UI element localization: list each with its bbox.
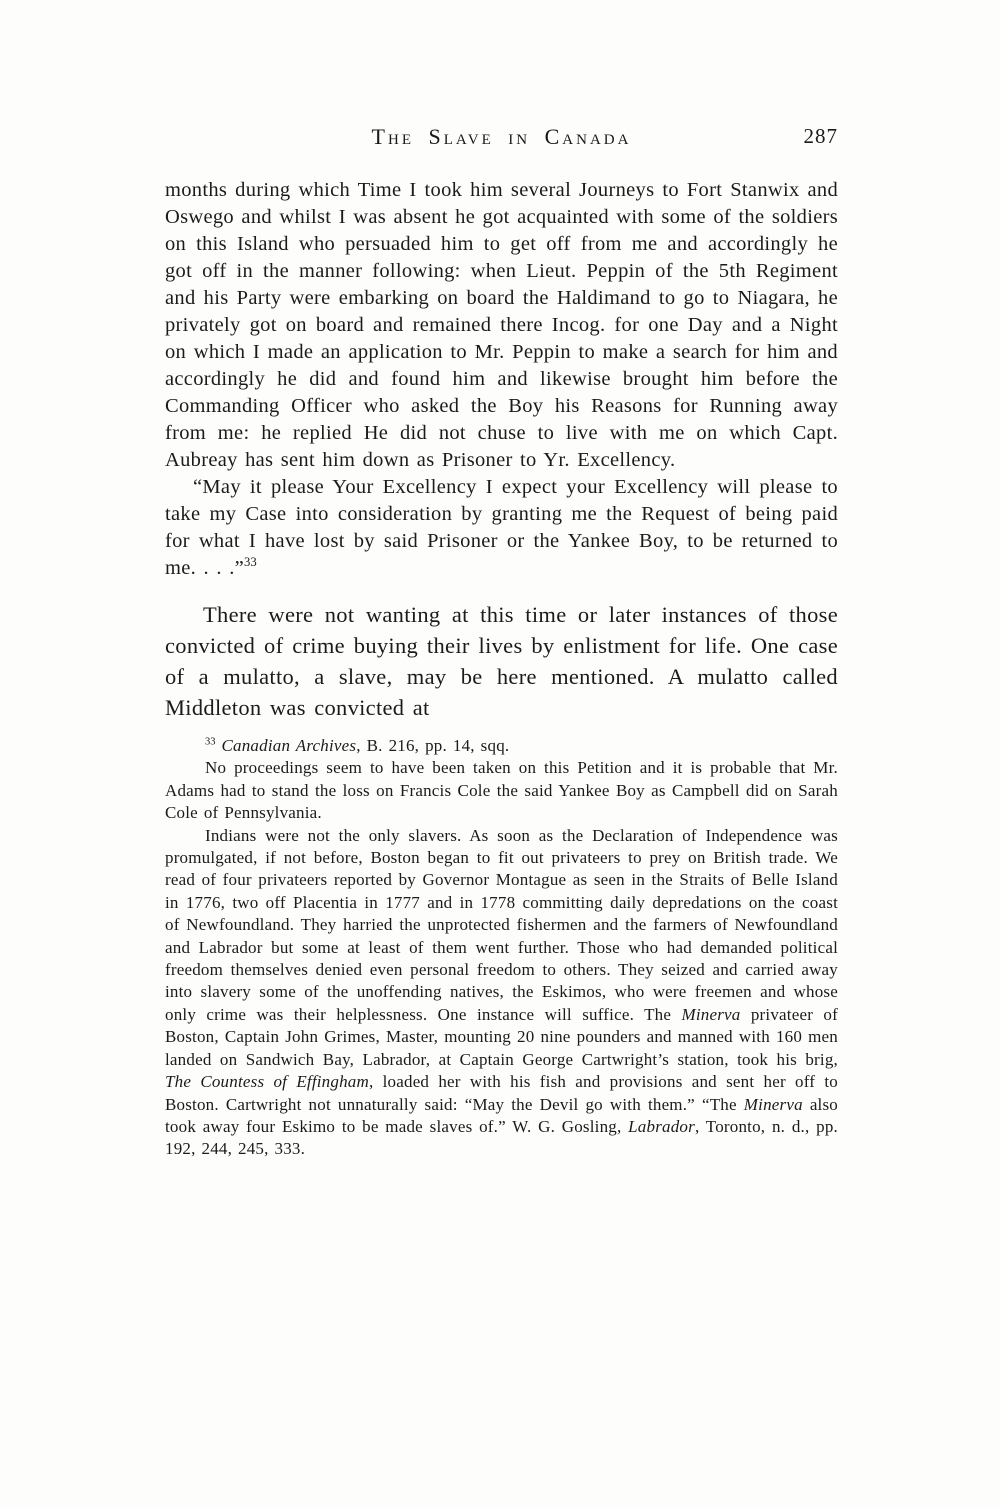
quoted-petition-block: months during which Time I took him seve…	[165, 177, 838, 582]
main-text-block: There were not wanting at this time or l…	[165, 599, 838, 723]
text-segment: Minerva	[744, 1095, 803, 1114]
footnotes-block: 33 Canadian Archives, B. 216, pp. 14, sq…	[165, 735, 838, 1161]
paragraph: “May it please Your Excellency I expect …	[165, 474, 838, 582]
page-header: The Slave in Canada 287	[165, 124, 838, 150]
text-segment: There were not wanting at this time or l…	[165, 602, 838, 720]
text-segment: 33	[205, 736, 216, 747]
running-title: The Slave in Canada	[165, 124, 838, 150]
text-segment: “May it please Your Excellency I expect …	[165, 476, 838, 579]
text-segment: No proceedings seem to have been taken o…	[165, 758, 838, 822]
text-block: The Slave in Canada 287 months during wh…	[165, 0, 838, 1161]
footnote: No proceedings seem to have been taken o…	[165, 757, 838, 824]
text-segment: Indians were not the only slavers. As so…	[165, 826, 838, 1024]
text-segment: Labrador	[628, 1117, 695, 1136]
text-segment: 33	[244, 555, 257, 569]
footnote: Indians were not the only slavers. As so…	[165, 825, 838, 1161]
footnote: 33 Canadian Archives, B. 216, pp. 14, sq…	[165, 735, 838, 757]
text-segment: , B. 216, pp. 14, sqq.	[356, 736, 509, 755]
book-page-scan: The Slave in Canada 287 months during wh…	[0, 0, 1000, 1507]
text-segment: months during which Time I took him seve…	[165, 179, 838, 471]
paragraph: months during which Time I took him seve…	[165, 177, 838, 474]
text-segment: The Countess of Effingham	[165, 1072, 369, 1091]
paragraph: There were not wanting at this time or l…	[165, 599, 838, 723]
text-segment: Canadian Archives	[221, 736, 356, 755]
text-segment: Minerva	[681, 1005, 740, 1024]
page-number: 287	[804, 124, 839, 149]
